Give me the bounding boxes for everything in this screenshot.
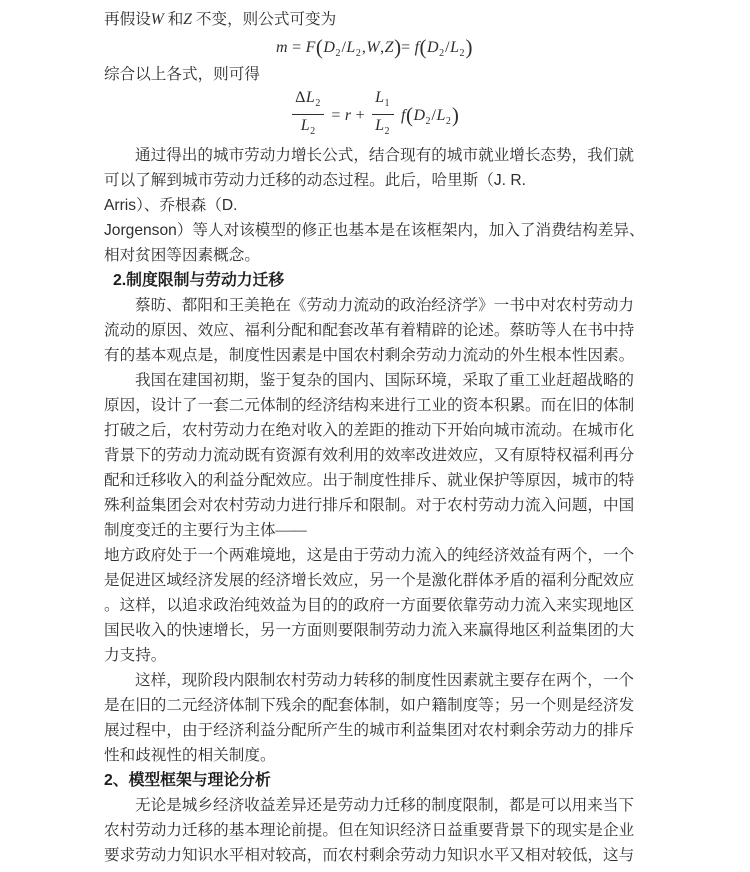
formula-token: 2 [315,98,321,109]
text-line: 原因，设计了一套二元体制的经济结构来进行工业的资本积累。而在旧的体制 [104,393,644,418]
formula-token: = [327,107,344,124]
text-line: 打破之后，农村劳动力在绝对收入的差距的推动下开始向城市流动。在城市化 [104,418,644,443]
formula-token: r [344,107,351,124]
formula-token: D [427,39,440,56]
math-variable: Z [183,11,192,28]
text-line: 这样，现阶段内限制农村劳动力转移的制度性因素就主要存在两个，一个 [104,668,644,693]
text-line: 农村劳动力迁移的基本理论前提。但在知识经济日益重要背景下的现实是企业 [104,818,644,843]
display-formula-f1: m = F(D2/L2,W,Z)= f(D2/L2) [104,32,644,62]
text-line: 力支持。 [104,643,644,668]
formula-token: Δ [295,89,305,106]
chinese-text: 不变，则公式可变为 [192,11,336,28]
text-line: 再假设W 和Z 不变，则公式可变为 [104,7,644,32]
formula-token: Z [384,39,394,56]
document-page: 再假设W 和Z 不变，则公式可变为m = F(D2/L2,W,Z)= f(D2/… [0,0,750,872]
formula-token: = [288,39,305,56]
formula-token: m [276,39,289,56]
text-line: 性和歧视性的相关制度。 [104,743,644,768]
formula-token: = [401,39,414,56]
latin-text: J. R. [494,172,526,189]
chinese-text: ）、乔根森（ [136,197,222,214]
formula-token: ( [420,35,427,59]
document-body: 再假设W 和Z 不变，则公式可变为m = F(D2/L2,W,Z)= f(D2/… [104,7,644,868]
chinese-text: 和 [164,11,184,28]
text-line: 综合以上各式，则可得 [104,62,644,87]
fraction-denominator: L2 [372,115,394,141]
formula-token: ( [406,103,413,127]
text-line: 殊利益集团会对农村劳动力进行排斥和限制。对于农村劳动力流入问题，中国 [104,493,644,518]
fraction-numerator: ΔL2 [292,88,324,115]
formula-token: L [305,89,315,106]
latin-text: D. [222,197,238,214]
fraction-denominator: L2 [292,115,324,141]
formula-token: 2 [385,126,391,137]
text-line: 制度变迁的主要行为主体—— [104,518,644,543]
text-line: Jorgenson）等人对该模型的修正也基本是在该框架内，加入了消费结构差异、 [104,218,644,243]
fraction: L1L2 [372,88,394,141]
text-line: 。这样，以追求政治纯效益为目的的政府一方面要依靠劳动力流入来实现地区 [104,593,644,618]
text-line: 有的基本观点是，制度性因素是中国农村剩余劳动力流动的外生根本性因素。 [104,343,644,368]
formula-token: L [300,117,310,134]
text-line: 是在旧的二元经济体制下残余的配套体制，如户籍制度等；另一个则是经济发 [104,693,644,718]
formula-token [397,107,401,124]
text-line: 国民收入的快速增长，另一方面则要限制劳动力流入来赢得地区利益集团的大 [104,618,644,643]
formula-token: L [346,39,356,56]
chinese-text: 再假设 [104,11,151,28]
text-line: 通过得出的城市劳动力增长公式，结合现有的城市就业增长态势，我们就 [104,143,644,168]
text-line: 相对贫困等因素概念。 [104,243,644,268]
formula-token: 1 [385,98,391,109]
math-variable: W [151,11,164,28]
fraction: ΔL2L2 [292,88,324,141]
text-line: 地方政府处于一个两难境地，这是由于劳动力流入的纯经济效益有两个，一个 [104,543,644,568]
text-line: 无论是城乡经济收益差异还是劳动力迁移的制度限制，都是可以用来当下 [104,793,644,818]
text-line: 蔡昉、都阳和王美艳在《劳动力流动的政治经济学》一书中对农村劳动力 [104,293,644,318]
formula-token: F [305,39,316,56]
text-line: 可以了解到城市劳动力迁移的动态过程。此后，哈里斯（J. R. [104,168,644,193]
latin-text: Arris [104,197,136,214]
fraction-numerator: L1 [372,88,394,115]
formula-token: ) [452,103,459,127]
formula-token: L [375,117,385,134]
text-line: 是促进区域经济发展的经济增长效应，另一个是激化群体矛盾的福利分配效应 [104,568,644,593]
formula-token: D [323,39,336,56]
formula-token: + [352,107,369,124]
formula-token: L [450,39,460,56]
formula-token: / [445,39,449,56]
chinese-text: ）等人对该模型的修正也基本是在该框架内，加入了消费结构差异、 [177,222,645,239]
formula-token: ) [465,35,472,59]
text-line: 我国在建国初期，鉴于复杂的国内、国际环境，采取了重工业赶超战略的 [104,368,644,393]
formula-token: 2 [310,126,316,137]
formula-token: D [413,107,426,124]
formula-token: L [375,89,385,106]
formula-token: W [366,39,380,56]
latin-text: Jorgenson [104,222,177,239]
section-heading: 2.制度限制与劳动力迁移 [104,268,644,293]
formula-token: L [436,107,446,124]
display-formula-f2: ΔL2L2 = r + L1L2 f(D2/L2) [104,87,644,143]
text-line: 背景下的劳动力流动既有资源有效利用的效率改进效应，又有原特权福利再分 [104,443,644,468]
text-line: 要求劳动力知识水平相对较高，而农村剩余劳动力知识水平又相对较低，这与 [104,843,644,868]
formula-token: ) [394,35,401,59]
text-line: 流动的原因、效应、福利分配和配套改革有着精辟的论述。蔡昉等人在书中持 [104,318,644,343]
formula-token: ( [316,35,323,59]
chinese-text: 可以了解到城市劳动力迁移的动态过程。此后，哈里斯（ [104,172,494,189]
text-line: 配和迁移收入的利益分配效应。出于制度性排斥、就业保护等原因，城市的特 [104,468,644,493]
text-line: Arris）、乔根森（D. [104,193,644,218]
text-line: 展过程中，由于经济利益分配所产生的城市利益集团对农村剩余劳动力的排斥 [104,718,644,743]
section-heading: 2、模型框架与理论分析 [104,768,644,793]
